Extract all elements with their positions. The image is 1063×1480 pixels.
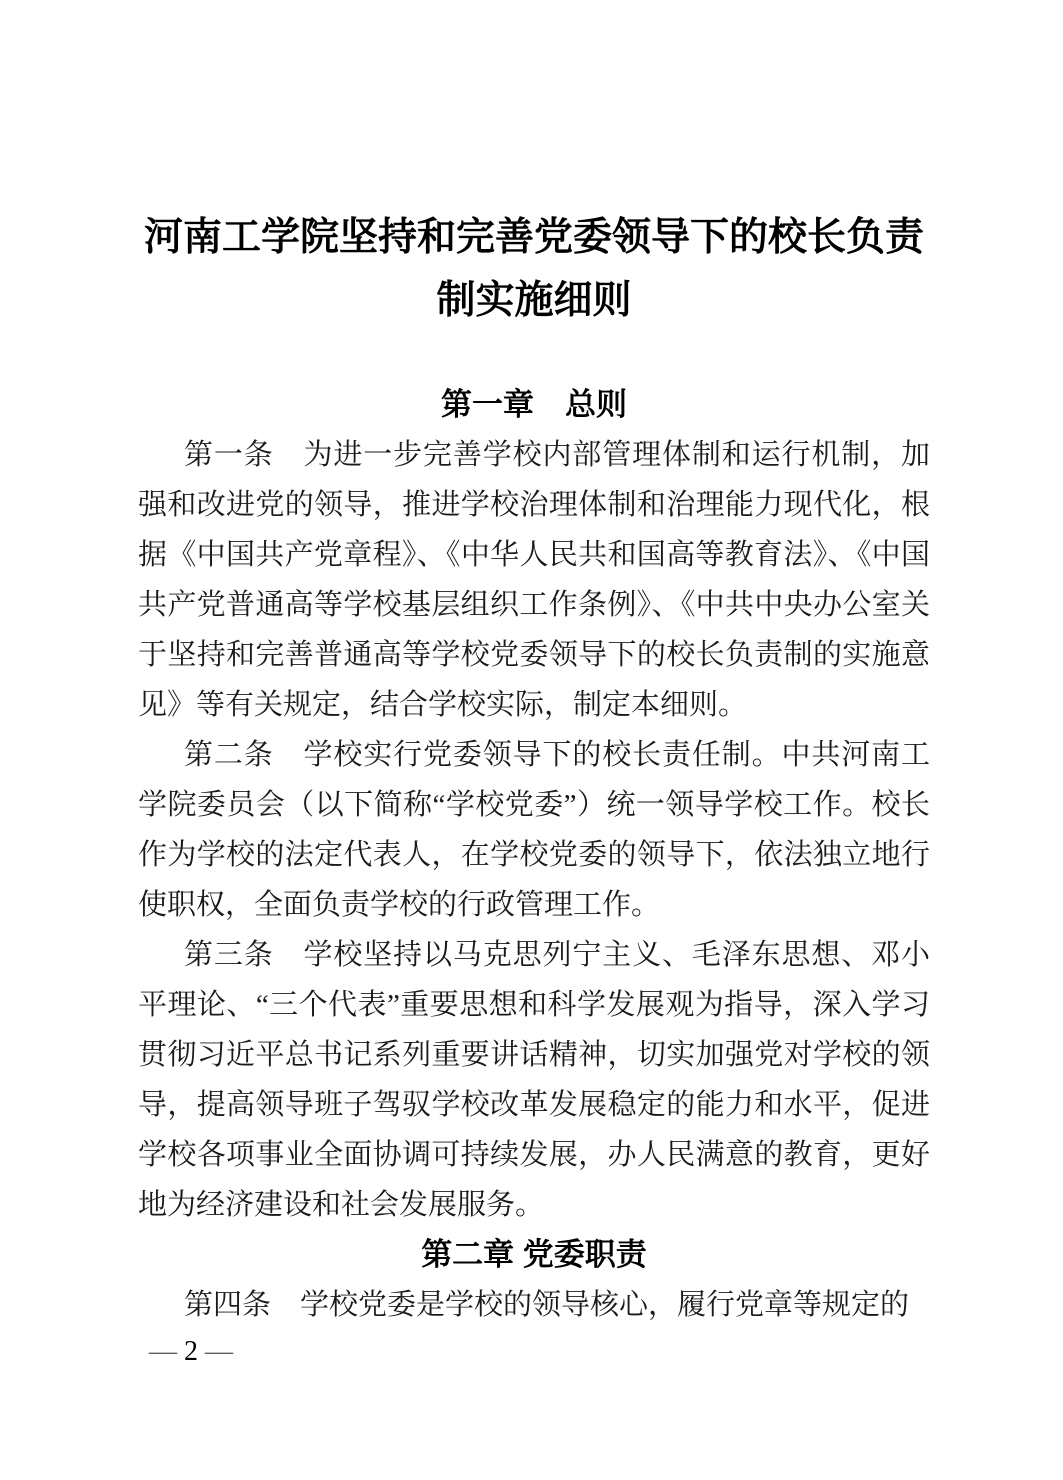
document-title-line-1: 河南工学院坚持和完善党委领导下的校长负责 (138, 206, 930, 269)
document-page: 河南工学院坚持和完善党委领导下的校长负责 制实施细则 第一章 总则 第一条 为进… (0, 0, 1063, 1480)
article-1-paragraph: 第一条 为进一步完善学校内部管理体制和运行机制，加强和改进党的领导，推进学校治理… (138, 430, 930, 730)
article-2-paragraph: 第二条 学校实行党委领导下的校长责任制。中共河南工学院委员会（以下简称“学校党委… (138, 730, 930, 930)
page-number-dash-right: — (205, 1336, 233, 1367)
chapter-2-heading: 第二章 党委职责 (138, 1230, 930, 1280)
document-title-line-2: 制实施细则 (138, 269, 930, 332)
article-4-paragraph: 第四条 学校党委是学校的领导核心，履行党章等规定的 (138, 1280, 930, 1330)
page-number: —2— (149, 1337, 233, 1367)
page-number-value: 2 (177, 1336, 205, 1367)
document-title: 河南工学院坚持和完善党委领导下的校长负责 制实施细则 (138, 0, 930, 332)
page-number-dash-left: — (149, 1336, 177, 1367)
document-content: 河南工学院坚持和完善党委领导下的校长负责 制实施细则 第一章 总则 第一条 为进… (138, 0, 930, 1330)
article-3-paragraph: 第三条 学校坚持以马克思列宁主义、毛泽东思想、邓小平理论、“三个代表”重要思想和… (138, 930, 930, 1230)
chapter-1-heading: 第一章 总则 (138, 380, 930, 430)
